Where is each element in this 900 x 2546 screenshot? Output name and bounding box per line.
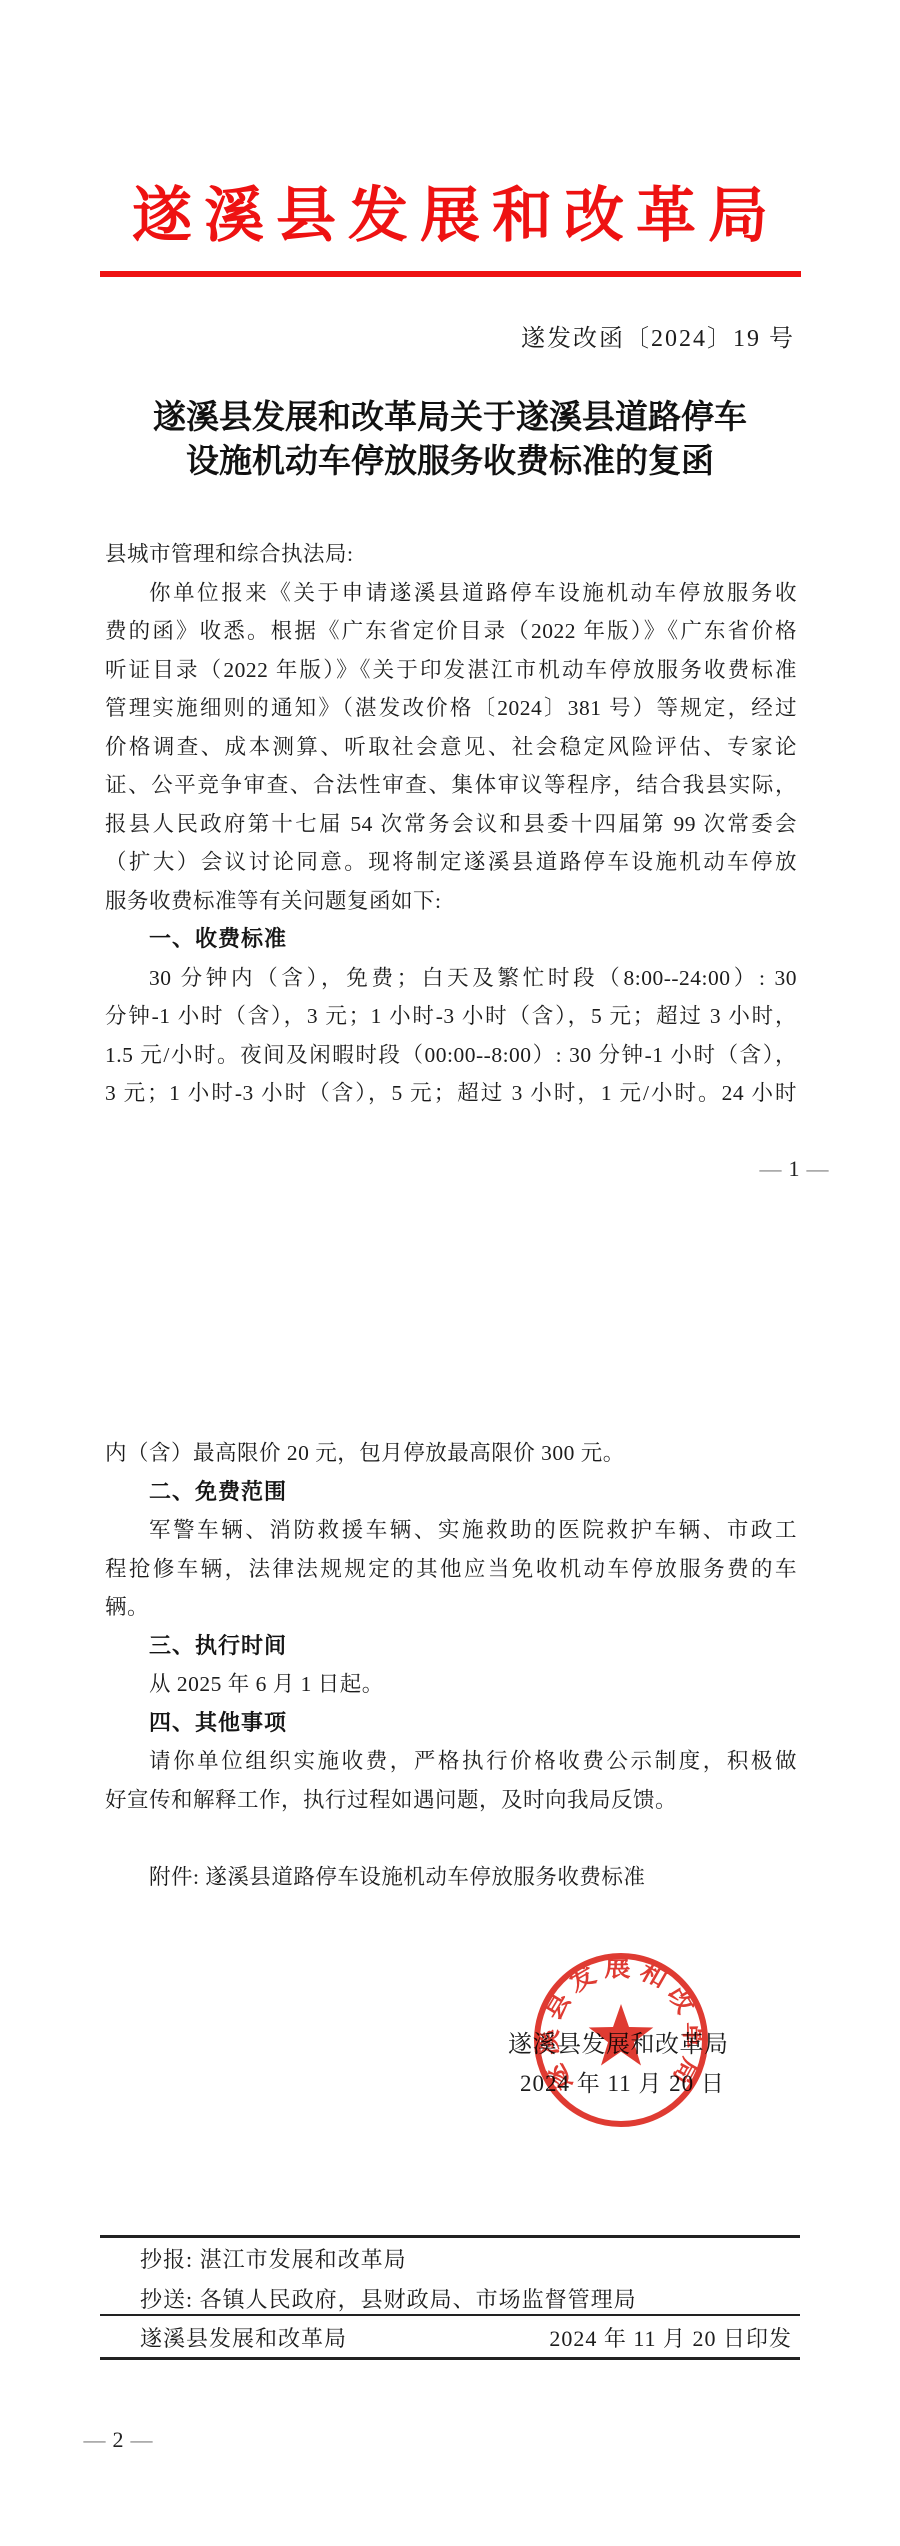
body-line: 服务收费标准等有关问题复函如下: [105,882,797,921]
letter-title-line1: 遂溪县发展和改革局关于遂溪县道路停车 [0,396,900,440]
official-letter-document: 遂溪县发展和改革局 遂发改函〔2024〕19 号 遂溪县发展和改革局关于遂溪县道… [0,0,900,2546]
body-line: 程抢修车辆，法律法规规定的其他应当免收机动车停放服务费的车 [105,1550,797,1589]
body-line: 附件: 遂溪县道路停车设施机动车停放服务收费标准 [105,1858,797,1897]
page1-body-text: 县城市管理和综合执法局:你单位报来《关于申请遂溪县道路停车设施机动车停放服务收费… [105,535,797,1113]
official-seal: 遂溪县发展和改革局 [531,1950,711,2130]
page-number-dash: — [84,2427,106,2452]
page1-number: —1— [752,1155,836,1183]
page-number-value: 1 [789,1156,800,1181]
body-line: （扩大）会议讨论同意。现将制定遂溪县道路停车设施机动车停放 [105,843,797,882]
body-line: 价格调查、成本测算、听取社会意见、社会稳定风险评估、专家论 [105,728,797,767]
body-line: 费的函》收悉。根据《广东省定价目录（2022 年版）》《广东省价格 [105,612,797,651]
page-number-dash: — [807,1156,829,1181]
page-number-dash: — [131,2427,153,2452]
copy-send-line: 抄送: 各镇人民政府，县财政局、市场监督管理局 [140,2286,637,2314]
body-line: 1.5 元/小时。夜间及闲暇时段（00:00--8:00）: 30 分钟-1 小… [105,1036,797,1075]
masthead-agency-title: 遂溪县发展和改革局 [0,185,900,247]
body-line: 四、其他事项 [105,1704,797,1743]
body-line: 军警车辆、消防救援车辆、实施救助的医院救护车辆、市政工 [105,1511,797,1550]
copy-report-line: 抄报: 湛江市发展和改革局 [140,2246,407,2274]
footer-rule-middle [100,2314,800,2316]
page2-body-text: 内（含）最高限价 20 元，包月停放最高限价 300 元。二、免费范围军警车辆、… [105,1434,797,1896]
page-number-dash: — [760,1156,782,1181]
page-number-value: 2 [113,2427,124,2452]
body-line: 请你单位组织实施收费，严格执行价格收费公示制度，积极做 [105,1742,797,1781]
document-reference-number: 遂发改函〔2024〕19 号 [0,324,795,354]
page2-number: —2— [76,2426,160,2454]
body-line: 30 分钟内（含），免费；白天及繁忙时段（8:00--24:00）: 30 [105,959,797,998]
body-line: 从 2025 年 6 月 1 日起。 [105,1665,797,1704]
body-line: 听证目录（2022 年版）》《关于印发湛江市机动车停放服务收费标准 [105,651,797,690]
body-line: 内（含）最高限价 20 元，包月停放最高限价 300 元。 [105,1434,797,1473]
body-line: 好宣传和解释工作，执行过程如遇问题，及时向我局反馈。 [105,1781,797,1820]
footer-rule-top [100,2235,800,2238]
body-line: 证、公平竞争审查、合法性审查、集体审议等程序，结合我县实际， [105,766,797,805]
masthead-divider-rule [100,271,801,277]
body-line: 分钟-1 小时（含），3 元；1 小时-3 小时（含），5 元；超过 3 小时， [105,997,797,1036]
body-line: 三、执行时间 [105,1627,797,1666]
imprint-date: 2024 年 11 月 20 日印发 [549,2325,792,2353]
imprint-publisher: 遂溪县发展和改革局 [105,2325,347,2353]
body-line: 一、收费标准 [105,920,797,959]
imprint-row: 遂溪县发展和改革局 2024 年 11 月 20 日印发 [105,2325,792,2353]
body-line: 管理实施细则的通知》（湛发改价格〔2024〕381 号）等规定，经过 [105,689,797,728]
footer-rule-bottom [100,2357,800,2360]
letter-title: 遂溪县发展和改革局关于遂溪县道路停车 设施机动车停放服务收费标准的复函 [0,396,900,484]
body-line: 报县人民政府第十七届 54 次常务会议和县委十四届第 99 次常委会 [105,805,797,844]
letter-title-line2: 设施机动车停放服务收费标准的复函 [0,440,900,484]
body-line: 县城市管理和综合执法局: [105,535,797,574]
body-line: 3 元；1 小时-3 小时（含），5 元；超过 3 小时，1 元/小时。24 小… [105,1074,797,1113]
body-line: 二、免费范围 [105,1473,797,1512]
body-line: 你单位报来《关于申请遂溪县道路停车设施机动车停放服务收 [105,574,797,613]
body-line: 辆。 [105,1588,797,1627]
seal-star-icon [589,2004,654,2066]
